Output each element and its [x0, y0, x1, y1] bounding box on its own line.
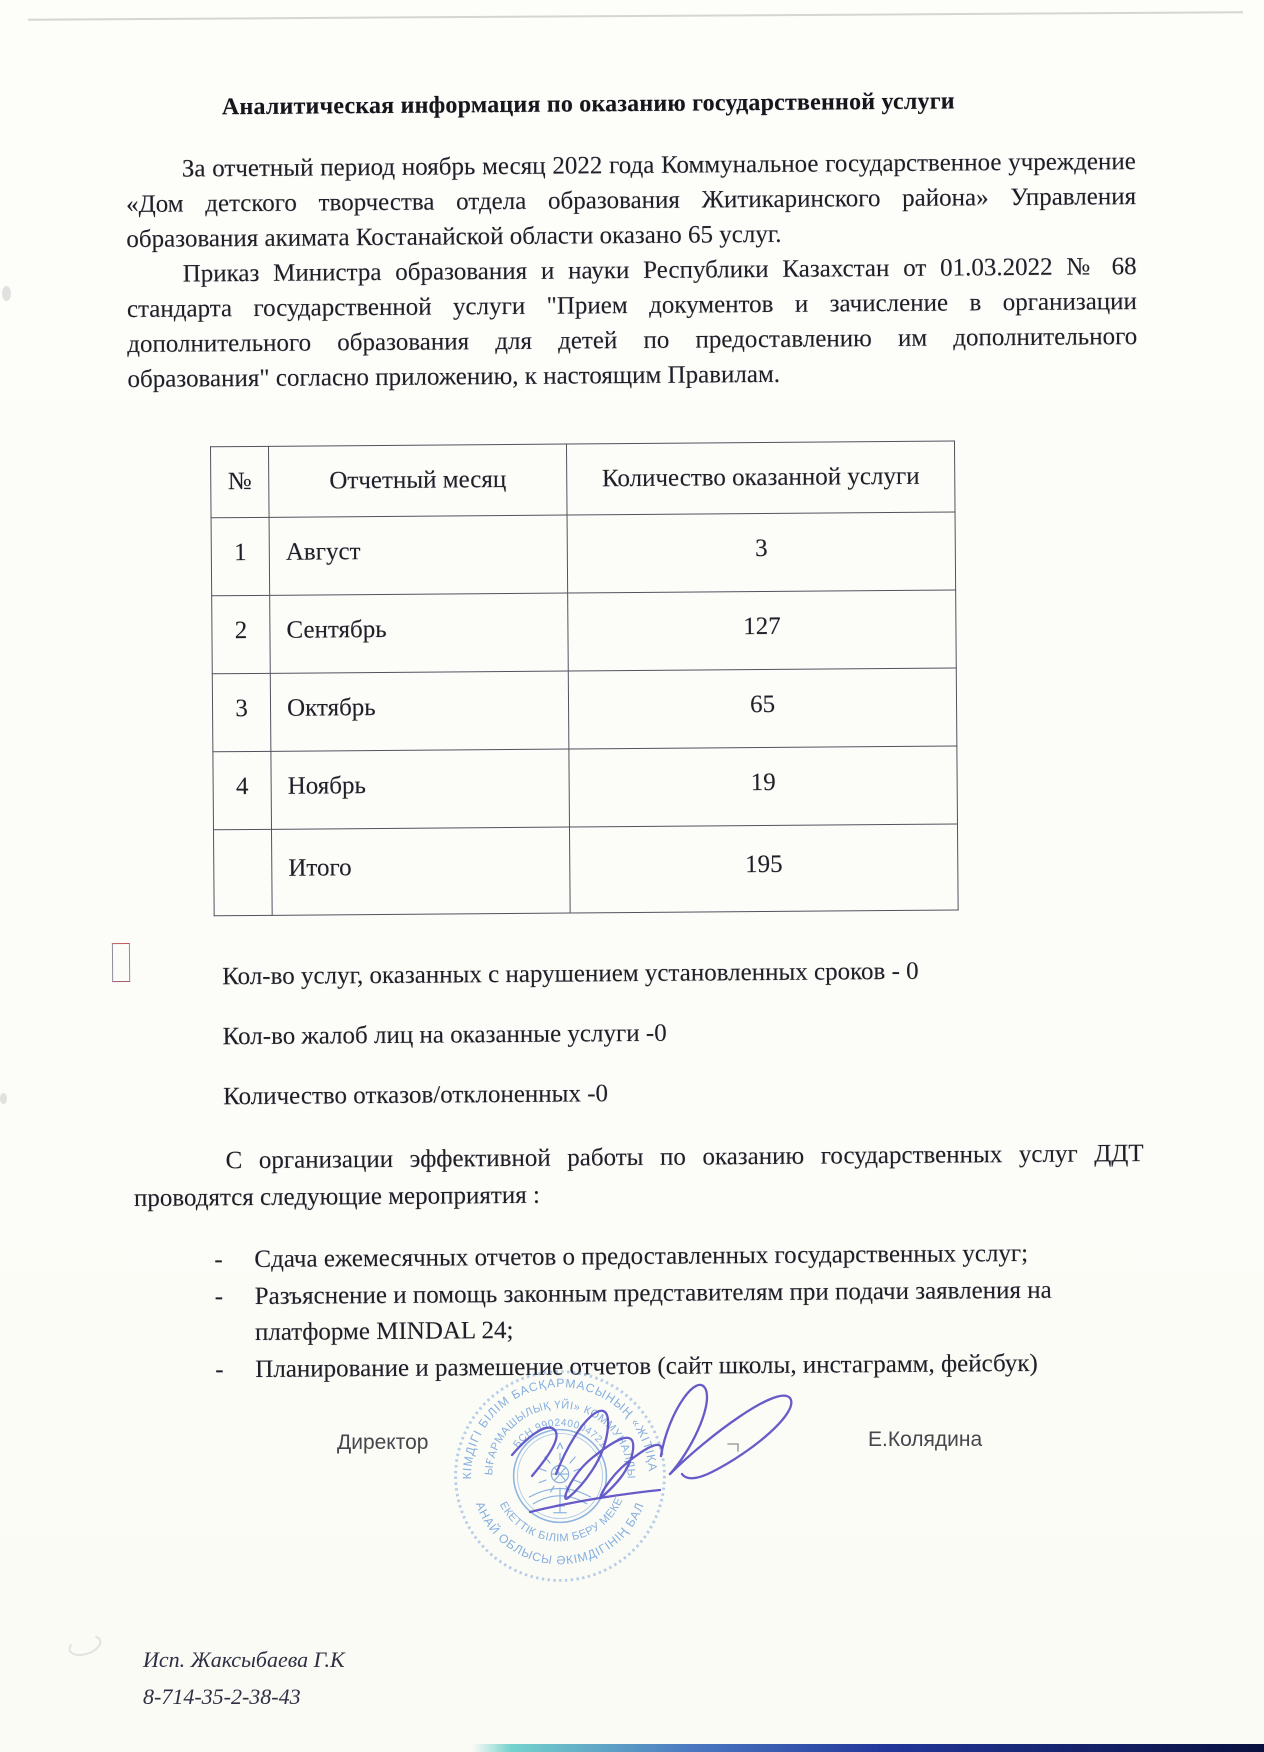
- cell-month: Итого: [271, 827, 570, 915]
- missing-glyph-box-artifact: [112, 943, 130, 982]
- executor-line: Исп. Жаксыбаева Г.К: [143, 1641, 345, 1678]
- table-row: 1 Август 3: [211, 512, 956, 596]
- cell-count: 19: [569, 746, 958, 827]
- dash-marker: -: [215, 1352, 255, 1388]
- col-header-number: №: [210, 446, 269, 517]
- cell-count: 195: [569, 824, 958, 913]
- footer-block: Исп. Жаксыбаева Г.К 8-714-35-2-38-43: [143, 1641, 345, 1715]
- stats-block: Кол-во услуг, оказанных с нарушением уст…: [222, 955, 1143, 1112]
- list-item: - Разъяснение и помощь законным представ…: [215, 1272, 1146, 1351]
- stat-line-complaints: Кол-во жалоб лиц на оказанные услуги -0: [223, 1015, 1143, 1052]
- cell-number: 1: [211, 517, 270, 595]
- list-item-text: Разъяснение и помощь законным представит…: [255, 1272, 1146, 1351]
- cell-count: 3: [567, 512, 956, 593]
- scan-edge-artifact-bottom: [472, 1744, 1264, 1752]
- cell-number: 3: [212, 673, 271, 751]
- cell-number: 2: [212, 595, 271, 673]
- cell-number: 4: [213, 751, 272, 829]
- list-item-text: Сдача ежемесячных отчетов о предоставлен…: [254, 1235, 1144, 1278]
- stat-line-rejections: Количество отказов/отклоненных -0: [223, 1075, 1143, 1112]
- signature-ink: [460, 1352, 810, 1532]
- services-table: № Отчетный месяц Количество оказанной ус…: [210, 440, 959, 916]
- table-row-total: Итого 195: [214, 824, 959, 916]
- stat-line-violations: Кол-во услуг, оказанных с нарушением уст…: [222, 955, 1142, 992]
- cell-month: Сентябрь: [270, 593, 569, 673]
- dash-marker: -: [215, 1279, 256, 1351]
- phone-line: 8-714-35-2-38-43: [143, 1678, 345, 1715]
- cell-month: Октябрь: [270, 671, 569, 751]
- table-row: 4 Ноябрь 19: [213, 746, 958, 830]
- cell-month: Ноябрь: [271, 749, 570, 829]
- services-table-header: № Отчетный месяц Количество оказанной ус…: [210, 441, 955, 518]
- cell-month: Август: [269, 515, 568, 595]
- list-item: - Сдача ежемесячных отчетов о предоставл…: [214, 1235, 1144, 1278]
- director-label: Директор: [337, 1431, 428, 1455]
- cell-number: [214, 829, 273, 915]
- paragraph-ministry-order: Приказ Министра образования и науки Респ…: [126, 249, 1137, 397]
- measures-intro: С организации эффективной работы по оказ…: [133, 1135, 1144, 1217]
- director-name: Е.Колядина: [868, 1428, 982, 1452]
- col-header-month: Отчетный месяц: [268, 444, 567, 517]
- dash-marker: -: [214, 1242, 254, 1278]
- cell-count: 65: [568, 668, 957, 749]
- table-row: 3 Октябрь 65: [212, 668, 957, 752]
- document-title: Аналитическая информация по оказанию гос…: [125, 84, 1135, 124]
- cell-count: 127: [568, 590, 957, 671]
- col-header-count: Количество оказанной услуги: [566, 441, 955, 515]
- table-row: 2 Сентябрь 127: [212, 590, 957, 674]
- paragraph-report-period: За отчетный период ноябрь месяц 2022 год…: [126, 144, 1137, 257]
- scanned-document-page: Аналитическая информация по оказанию гос…: [0, 0, 1264, 1752]
